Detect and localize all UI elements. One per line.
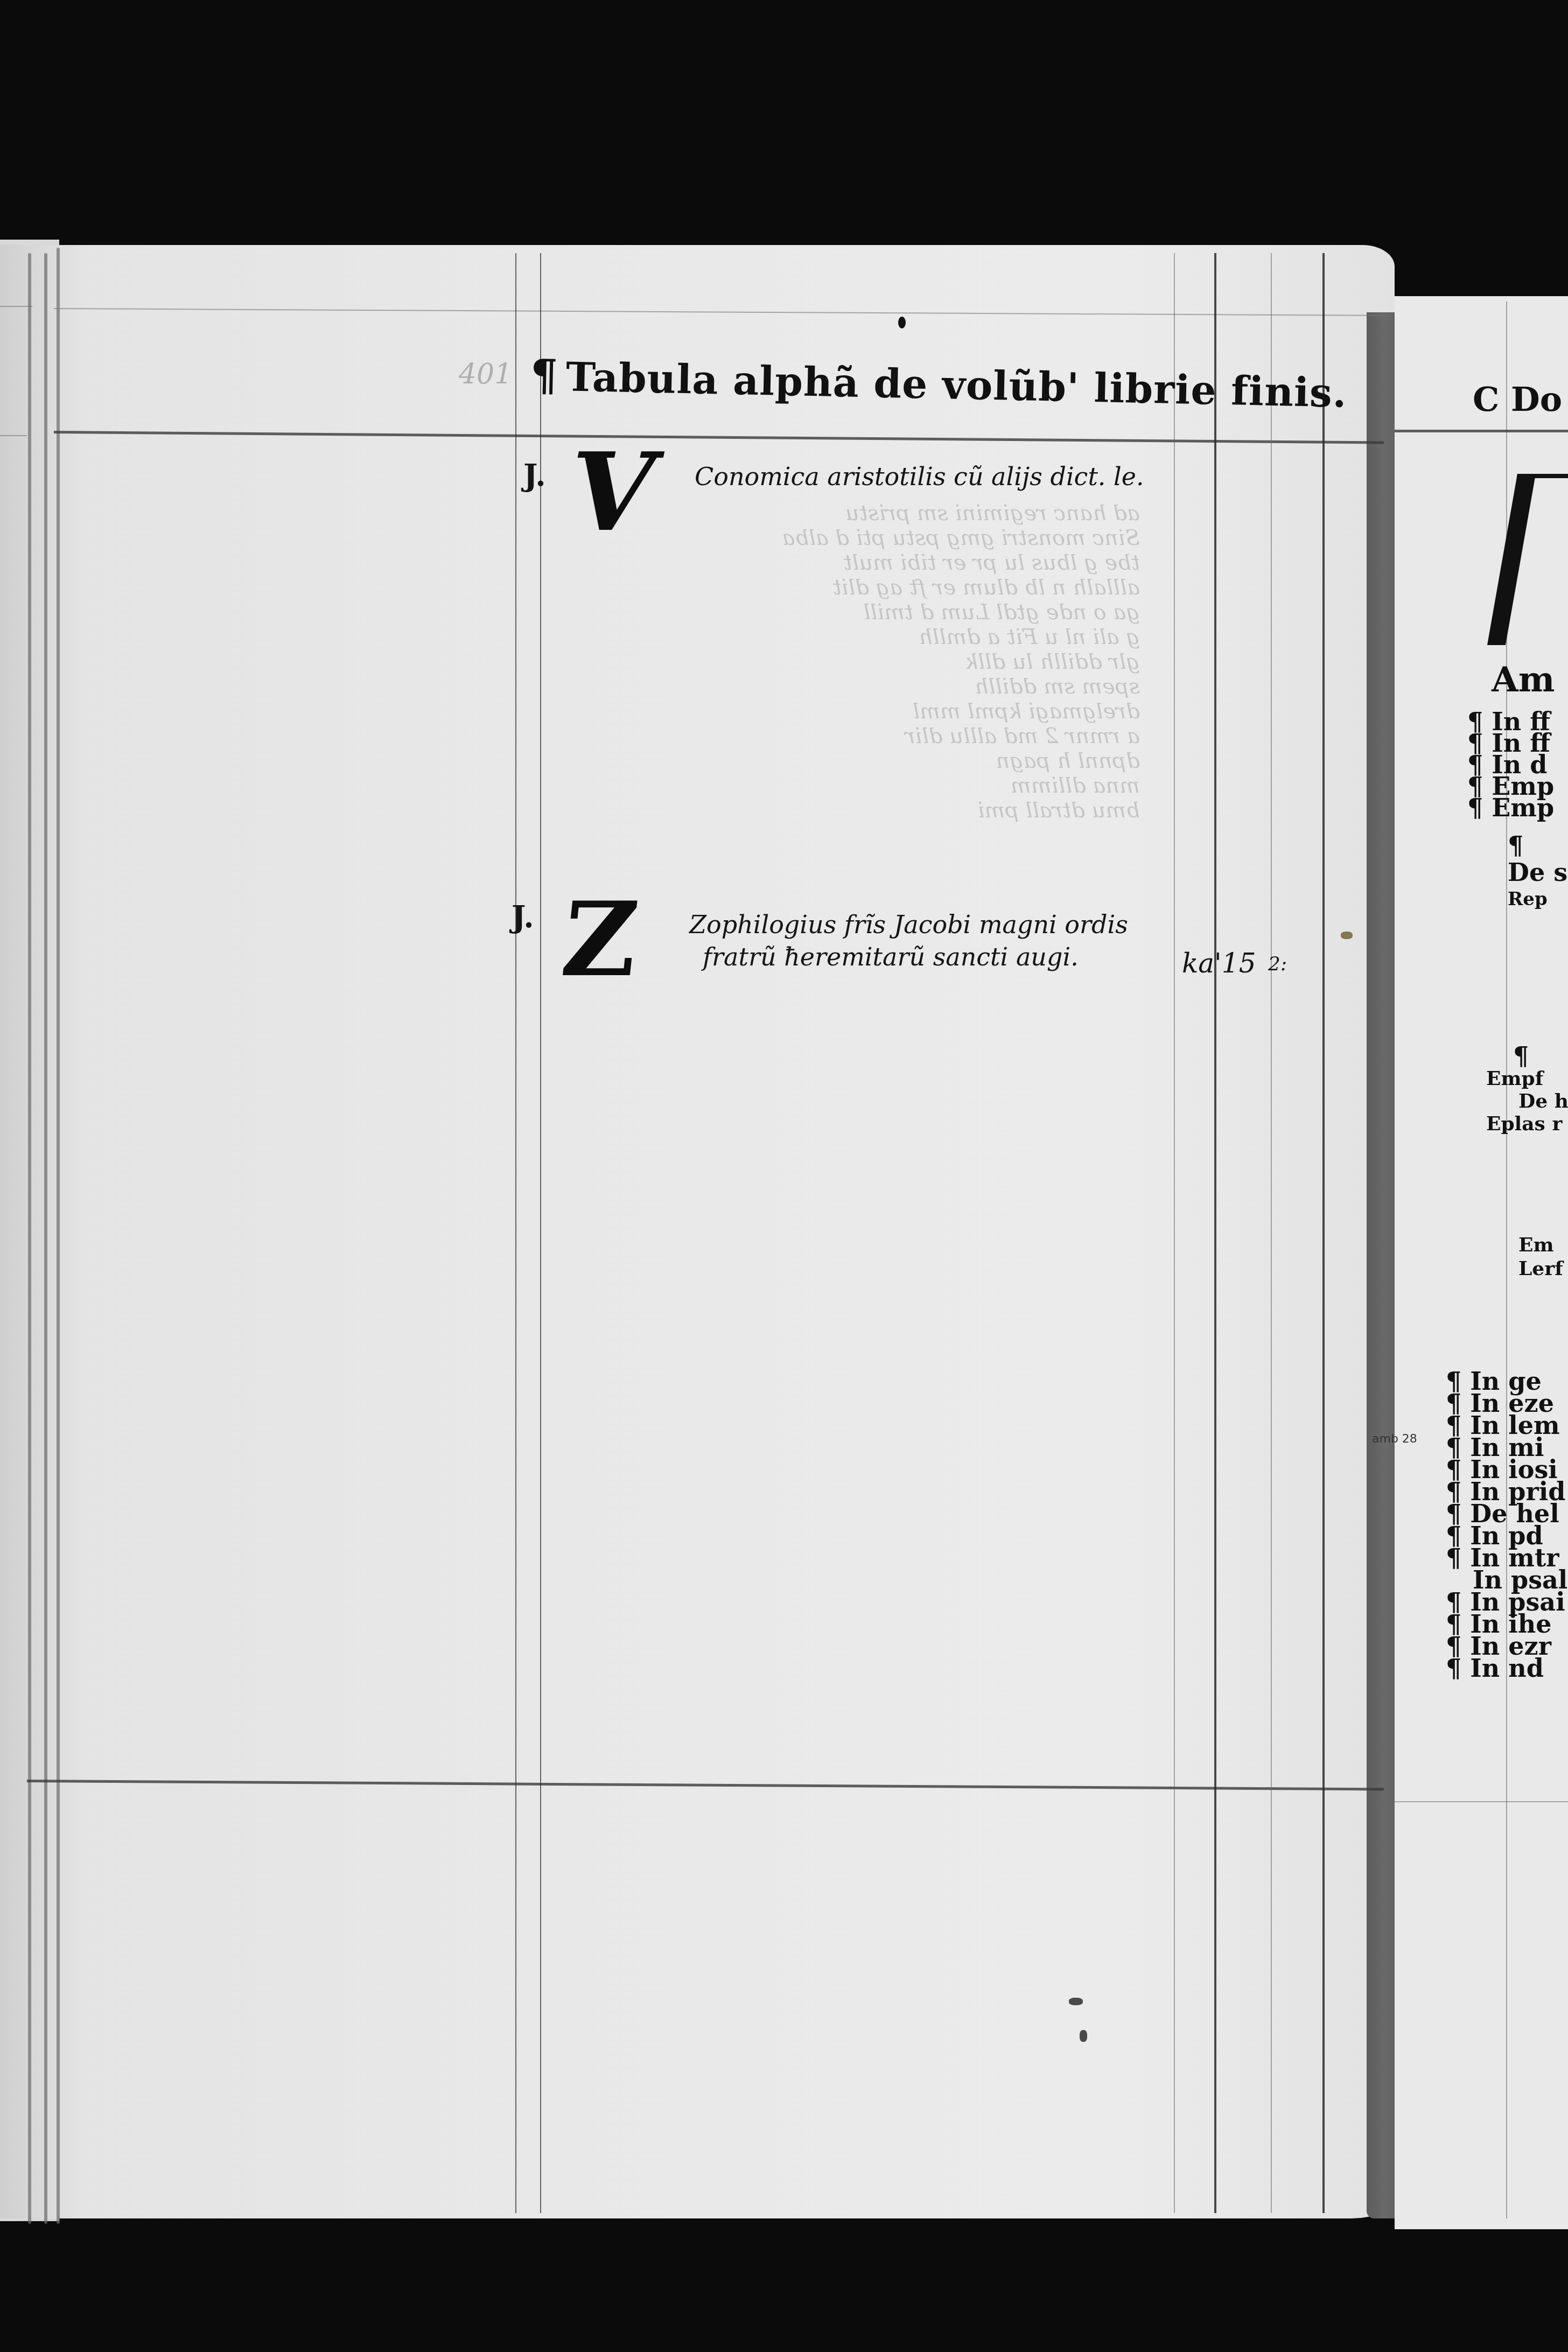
right-page-section-word: Am <box>1492 660 1555 700</box>
right-page-block-2: ¶ Empf De h Eplas r <box>1486 1045 1568 1135</box>
right-page-top-ruling <box>1395 430 1568 432</box>
column-ruling-outer <box>1322 253 1325 2213</box>
right-page-list-top: ¶ In ff ¶ In ff ¶ In d ¶ Emp ¶ Emp <box>1467 711 1554 818</box>
right-page-bottom-ruling <box>1395 1801 1568 1802</box>
column-ruling-folio-right <box>1214 253 1216 2213</box>
column-ruling-folio-left <box>1174 253 1175 2213</box>
right-page-block-3: Em Lerf <box>1518 1233 1563 1280</box>
right-page-mid-fragments: ¶ De s Rep <box>1508 832 1567 913</box>
ink-mark <box>1341 932 1353 939</box>
margin-note: amb 28 <box>1372 1432 1417 1446</box>
page-edge-line <box>57 248 60 2224</box>
right-page-list-bottom: ¶ In ge ¶ In eze ¶ In lem ¶ In mi ¶ In i… <box>1446 1370 1567 1679</box>
ink-mark <box>1069 1998 1083 2005</box>
page-edge-line <box>44 253 47 2224</box>
decorated-initial: Z <box>557 888 643 991</box>
ink-dot <box>898 317 906 328</box>
entry-number: J. <box>512 899 534 935</box>
column-ruling-extra <box>1271 253 1272 2213</box>
edge-tick <box>0 306 32 307</box>
edge-tick <box>0 435 27 436</box>
ink-mark <box>1080 2030 1087 2042</box>
folio-reference: ka'15 <box>1182 948 1256 979</box>
entry-title: Conomica aristotilis cũ alijs dict. le. <box>695 462 1144 491</box>
entry-number: J. <box>523 458 546 493</box>
faint-marginal-number: 401 <box>459 358 512 390</box>
column-ruling-number <box>515 253 516 2213</box>
show-through-text: ad hanc regimini sm pristu Sinc monstri … <box>662 501 1140 823</box>
entry-title-line-1: Zophilogius frĩs Jacobi magni ordis <box>689 910 1128 939</box>
column-ruling-text-left <box>540 253 541 2213</box>
entry-title-line-2: fratrũ ħeremitarũ sancti augi. <box>703 942 1079 971</box>
folio-extra: 2: <box>1268 953 1287 975</box>
pilcrow-icon: ¶ <box>530 349 559 401</box>
right-page-heading: C Do <box>1473 380 1562 419</box>
page-edge-line <box>28 253 31 2224</box>
